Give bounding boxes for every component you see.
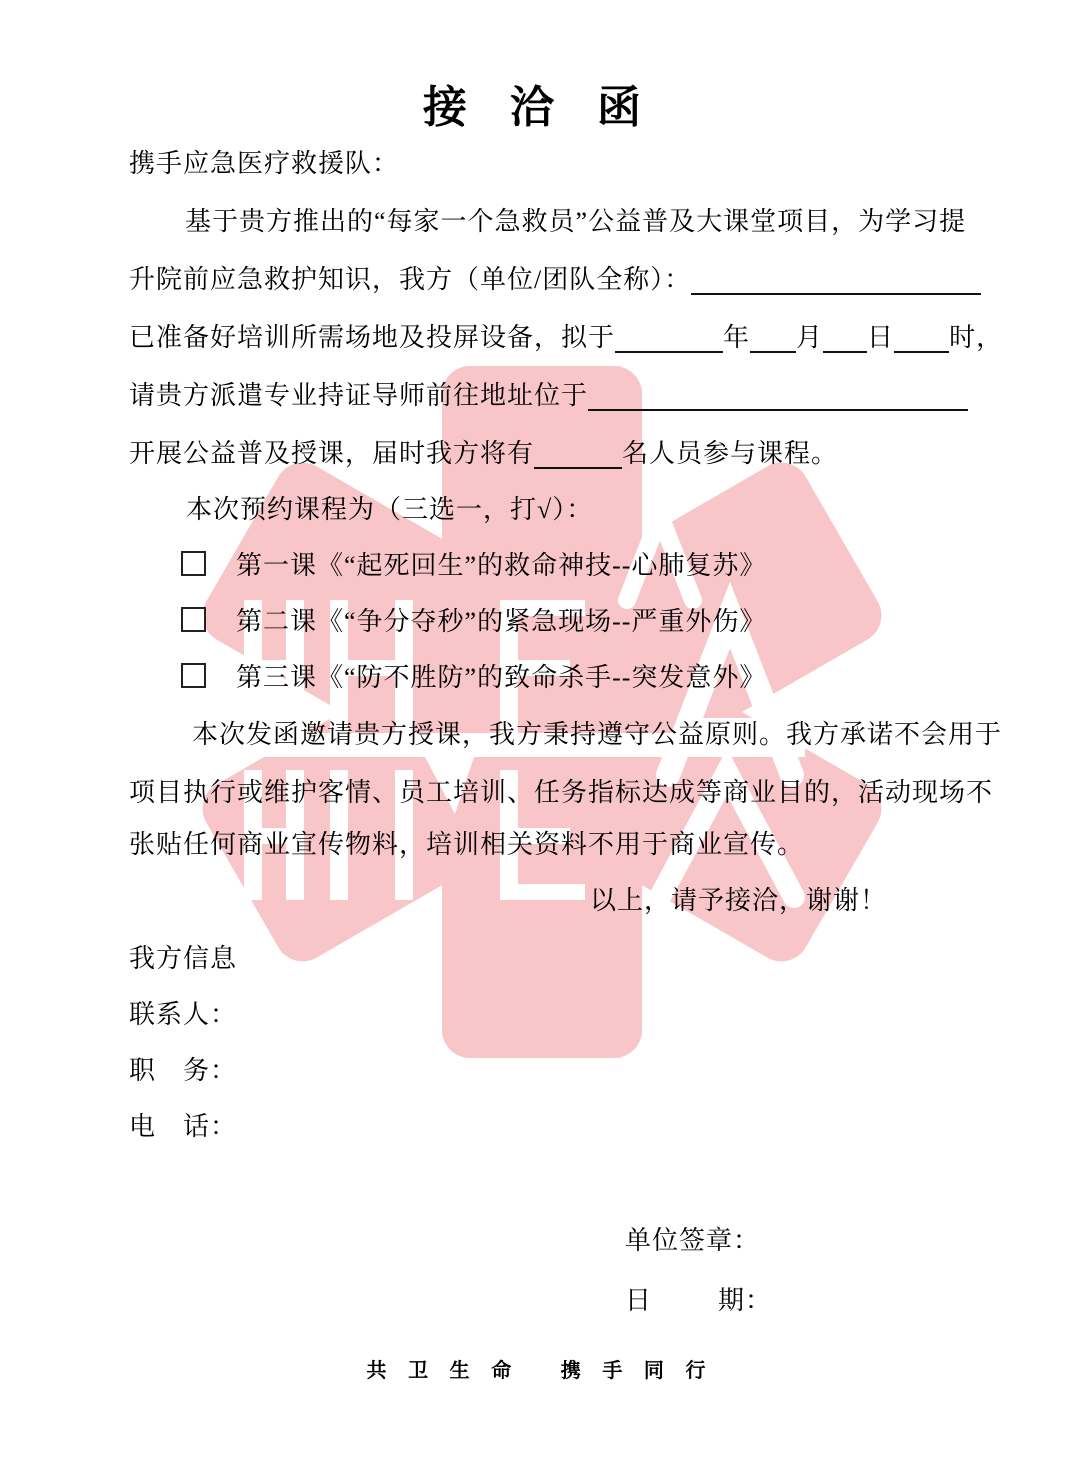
salutation: 携手应急医疗救援队： [129,147,399,181]
body-line-3: 已准备好培训所需场地及投屏设备，拟于年月日时， [129,321,1003,355]
course-1-label: 第一课《“起死回生”的救命神技--心肺复苏》 [236,551,766,580]
pledge-line-1: 本次发函邀请贵方授课，我方秉持遵守公益原则。我方承诺不会用于 [192,718,1002,752]
pledge-line-3: 张贴任何商业宣传物料，培训相关资料不用于商业宣传。 [129,828,804,862]
blank-hour[interactable] [894,325,949,353]
closing-line: 以上，请予接洽，谢谢！ [590,884,887,918]
position-label: 职 务： [129,1054,237,1088]
course-3-label: 第三课《“防不胜防”的致命杀手--突发意外》 [236,663,766,692]
month-label: 月 [796,323,823,352]
checkbox-course-3[interactable] [181,663,206,688]
course-row-2: 第二课《“争分夺秒”的紧急现场--严重外伤》 [181,605,766,639]
course-row-3: 第三课《“防不胜防”的致命杀手--突发意外》 [181,661,766,695]
seal-label: 单位签章： [625,1224,760,1258]
date-label-qi: 期： [718,1286,772,1315]
checkbox-course-2[interactable] [181,607,206,632]
body-line-4: 请贵方派遣专业持证导师前往地址位于 [129,379,968,413]
blank-year[interactable] [615,325,723,353]
course-row-1: 第一课《“起死回生”的救命神技--心肺复苏》 [181,549,766,583]
blank-attendee-count[interactable] [534,441,622,469]
page-title: 接 洽 函 [0,82,1080,134]
letter-page: 接 洽 函 携手应急医疗救援队： 基于贵方推出的“每家一个急救员”公益普及大课堂… [0,0,1080,1465]
date-label-day: 日 [625,1286,652,1315]
phone-label: 电 话： [129,1110,237,1144]
body-line-1: 基于贵方推出的“每家一个急救员”公益普及大课堂项目，为学习提 [185,205,966,239]
hour-label: 时， [949,323,1003,352]
our-info-header: 我方信息 [129,942,237,976]
body-line-5-post: 名人员参与课程。 [622,439,838,468]
course-2-label: 第二课《“争分夺秒”的紧急现场--严重外伤》 [236,607,766,636]
blank-address[interactable] [588,383,968,411]
body-line-3-text: 已准备好培训所需场地及投屏设备，拟于 [129,323,615,352]
course-intro: 本次预约课程为（三选一，打√）： [186,493,593,527]
pledge-line-2: 项目执行或维护客情、员工培训、任务指标达成等商业目的，活动现场不 [129,776,993,810]
date-line: 日期： [625,1284,772,1318]
contact-label: 联系人： [129,998,237,1032]
blank-day[interactable] [823,325,867,353]
body-line-2: 升院前应急救护知识，我方（单位/团队全称）： [129,263,981,297]
body-line-5-text: 开展公益普及授课，届时我方将有 [129,439,534,468]
day-label: 日 [867,323,894,352]
blank-unit-name[interactable] [691,267,981,295]
footer-slogan: 共 卫 生 命 携 手 同 行 [0,1354,1080,1383]
blank-month[interactable] [750,325,796,353]
body-line-5: 开展公益普及授课，届时我方将有名人员参与课程。 [129,437,838,471]
year-label: 年 [723,323,750,352]
checkbox-course-1[interactable] [181,551,206,576]
body-line-4-text: 请贵方派遣专业持证导师前往地址位于 [129,381,588,410]
body-line-2-text: 升院前应急救护知识，我方（单位/团队全称）： [129,265,691,294]
